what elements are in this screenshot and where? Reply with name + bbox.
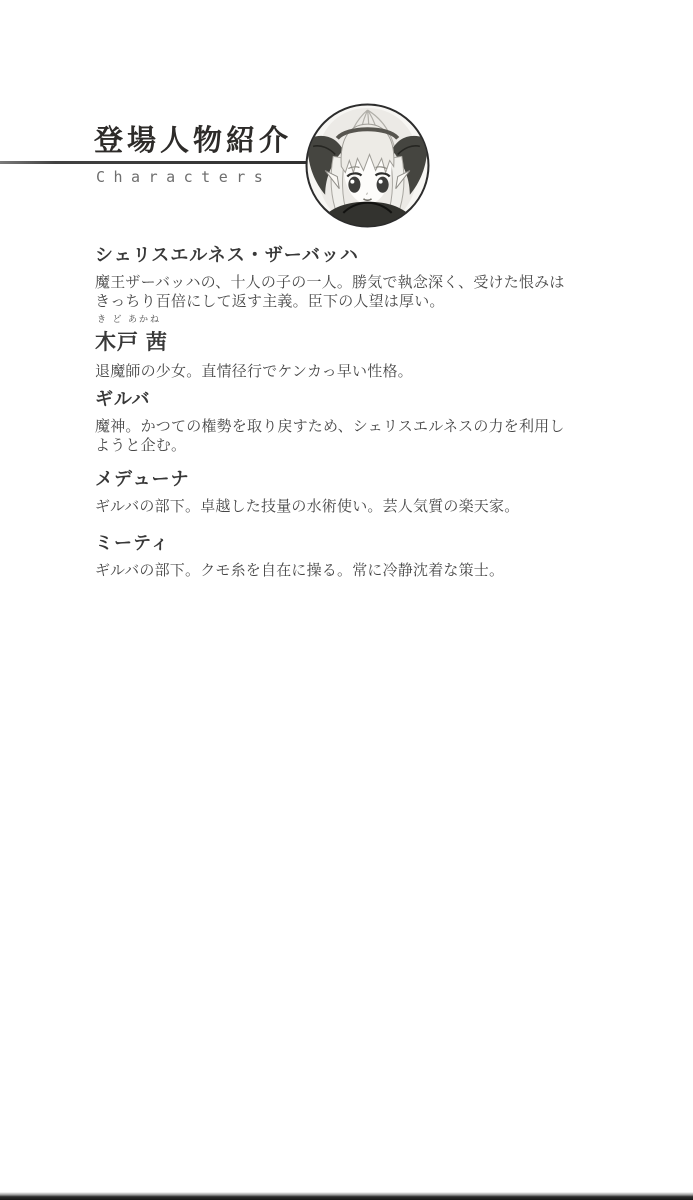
character-entry: ミーティ ギルバの部下。クモ糸を自在に操る。常に冷静沈着な策士。 bbox=[95, 529, 576, 580]
character-description: ギルバの部下。卓越した技量の水術使い。芸人気質の楽天家。 bbox=[95, 497, 576, 516]
page-bottom-scan-edge bbox=[0, 1192, 693, 1200]
character-entry: き ど あかね 木戸 茜 退魔師の少女。直情径行でケンカっ早い性格。 bbox=[95, 312, 576, 381]
character-entry: ギルバ 魔神。かつての権勢を取り戻すため、シェリスエルネスの力を利用しようと企む… bbox=[95, 385, 576, 455]
character-name: ミーティ bbox=[95, 529, 576, 555]
character-name: 木戸 茜 bbox=[95, 326, 576, 356]
character-description: 魔神。かつての権勢を取り戻すため、シェリスエルネスの力を利用しようと企む。 bbox=[95, 417, 576, 455]
character-furigana: き ど あかね bbox=[97, 312, 576, 325]
character-description: ギルバの部下。クモ糸を自在に操る。常に冷静沈着な策士。 bbox=[95, 561, 576, 580]
page-title: 登場人物紹介 bbox=[94, 123, 292, 158]
page-subtitle: Characters bbox=[96, 168, 271, 186]
character-name: シェリスエルネス・ザーバッハ bbox=[95, 241, 576, 267]
character-description: 魔王ザーバッハの、十人の子の一人。勝気で執念深く、受けた恨みはきっちり百倍にして… bbox=[95, 273, 576, 311]
title-underline bbox=[0, 161, 306, 164]
character-description: 退魔師の少女。直情径行でケンカっ早い性格。 bbox=[95, 362, 576, 381]
character-entry: メデューナ ギルバの部下。卓越した技量の水術使い。芸人気質の楽天家。 bbox=[95, 465, 576, 516]
character-name: ギルバ bbox=[95, 385, 576, 411]
character-entry: シェリスエルネス・ザーバッハ 魔王ザーバッハの、十人の子の一人。勝気で執念深く、… bbox=[95, 241, 576, 311]
scanned-book-page: 登場人物紹介 Characters bbox=[0, 0, 693, 1200]
character-portrait-image bbox=[303, 102, 432, 231]
portrait-illustration bbox=[303, 102, 432, 231]
character-name: メデューナ bbox=[95, 465, 576, 491]
